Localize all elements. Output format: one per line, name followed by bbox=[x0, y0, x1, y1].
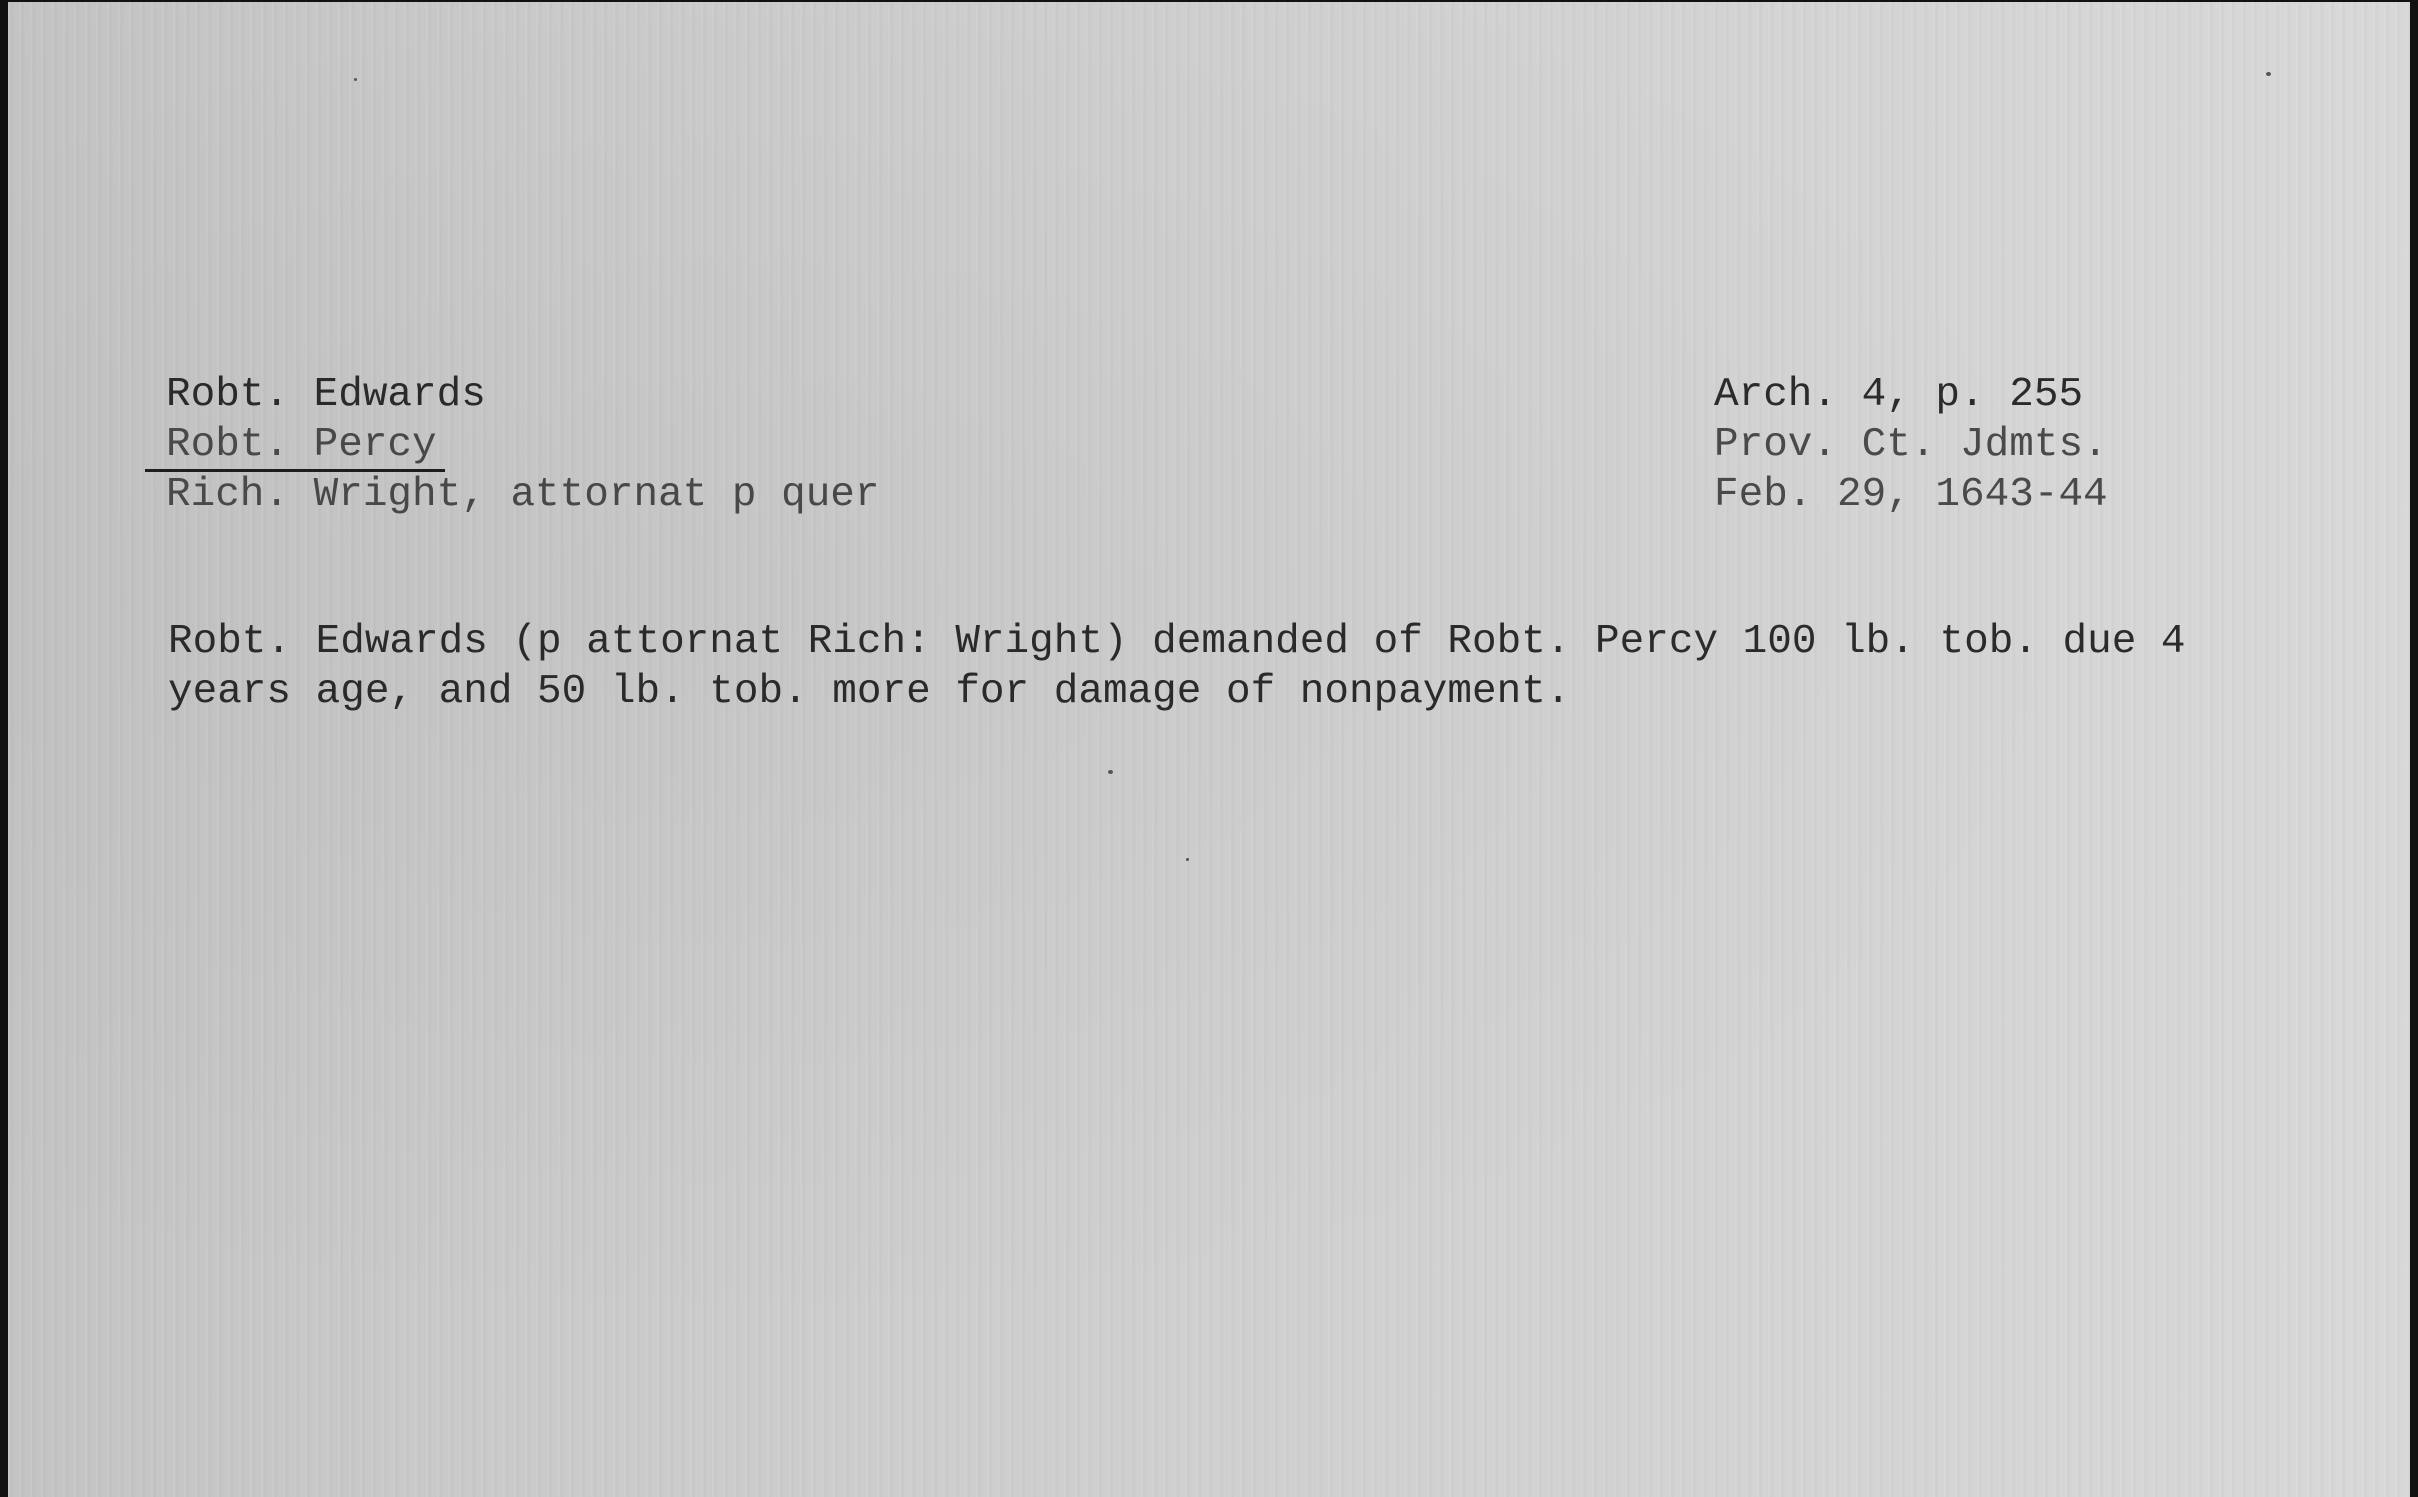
paper-speck bbox=[354, 78, 357, 81]
party-attorney: Rich. Wright, attornat p quer bbox=[166, 470, 880, 520]
body-line-2: years age, and 50 lb. tob. more for dama… bbox=[168, 667, 1570, 717]
party-defendant: Robt. Percy bbox=[166, 420, 437, 470]
citation-archive: Arch. 4, p. 255 bbox=[1714, 370, 2083, 420]
citation-date: Feb. 29, 1643-44 bbox=[1714, 470, 2108, 520]
paper-speck bbox=[1108, 770, 1113, 774]
index-card: Robt. Edwards Robt. Percy Rich. Wright, … bbox=[8, 2, 2410, 1497]
paper-speck bbox=[2266, 72, 2271, 76]
body-line-1: Robt. Edwards (p attornat Rich: Wright) … bbox=[168, 617, 2186, 667]
paper-speck bbox=[1186, 858, 1189, 861]
citation-court: Prov. Ct. Jdmts. bbox=[1714, 420, 2108, 470]
party-plaintiff: Robt. Edwards bbox=[166, 370, 486, 420]
